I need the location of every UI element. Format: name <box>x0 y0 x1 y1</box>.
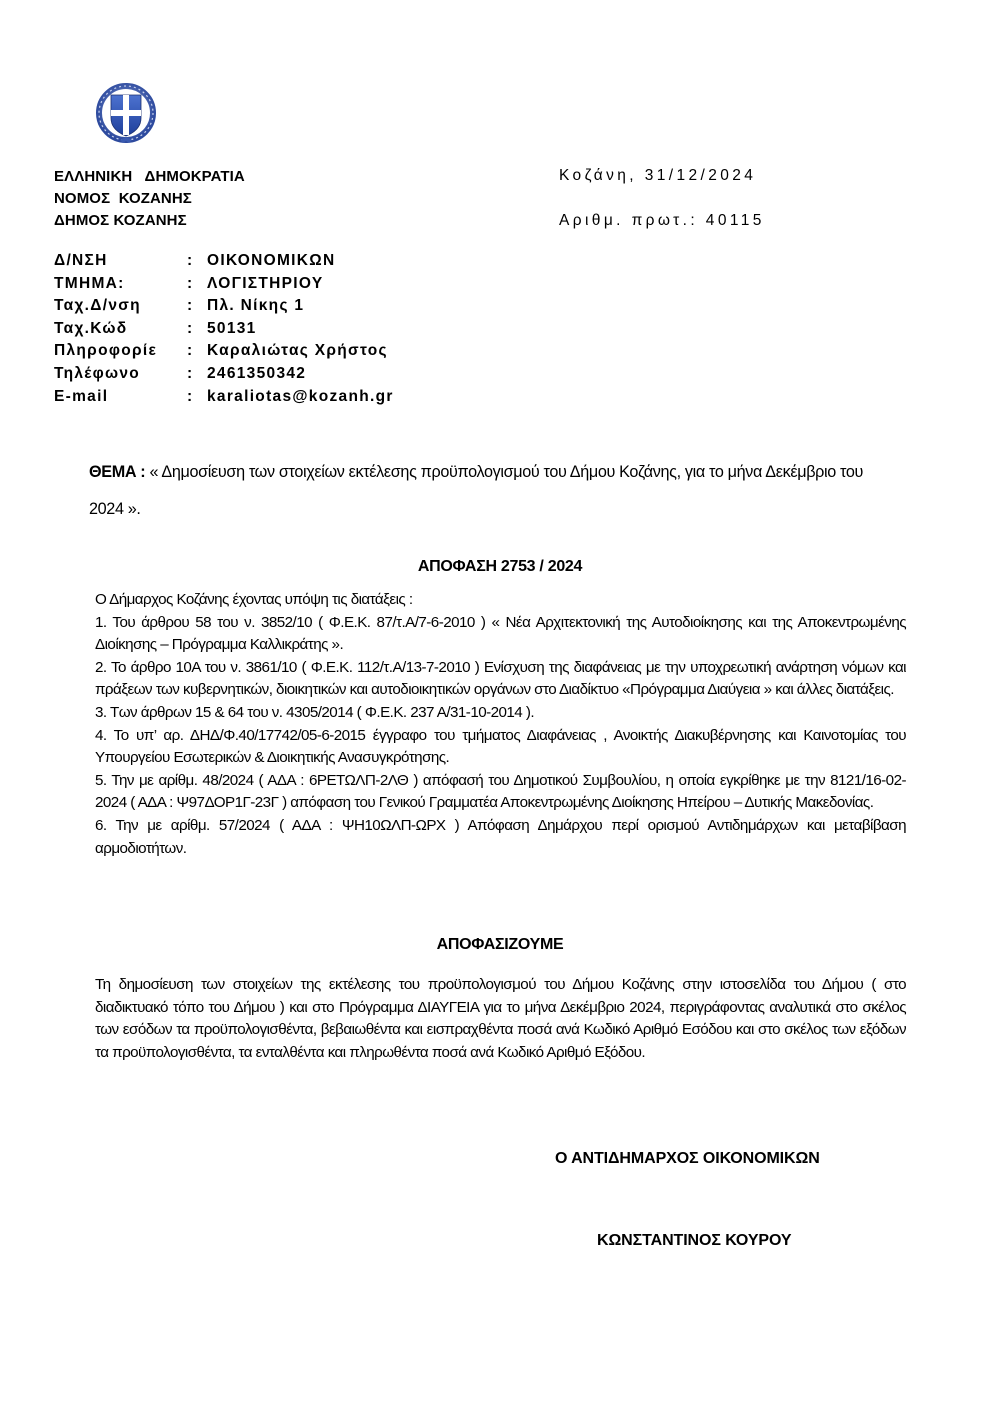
contact-info: Δ/ΝΣΗ : ΟΙΚΟΝΟΜΙΚΩΝ ΤΜΗΜΑ: : ΛΟΓΙΣΤΗΡΙΟΥ… <box>54 250 394 408</box>
contact-value: ΟΙΚΟΝΟΜΙΚΩΝ <box>207 250 335 273</box>
contact-row-directorate: Δ/ΝΣΗ : ΟΙΚΟΝΟΜΙΚΩΝ <box>54 250 394 273</box>
resolution: Τη δημοσίευση των στοιχείων της εκτέλεση… <box>95 974 906 1064</box>
legal-basis-item: 4. Το υπ’ αρ. ΔΗΔ/Φ.40/17742/05-6-2015 έ… <box>95 725 906 770</box>
contact-separator: : <box>187 273 207 296</box>
legal-basis-item: 5. Την με αρίθμ. 48/2024 ( ΑΔΑ : 6ΡΕΤΩΛΠ… <box>95 770 906 815</box>
country-line: ΕΛΛΗΝΙΚΗ ΔΗΜΟΚΡΑΤΙΑ <box>54 166 245 188</box>
contact-separator: : <box>187 295 207 318</box>
contact-value: ΛΟΓΙΣΤΗΡΙΟΥ <box>207 273 323 296</box>
contact-label: Ταχ.Κώδ <box>54 318 187 341</box>
municipality-line: ΔΗΜΟΣ ΚΟΖΑΝΗΣ <box>54 210 245 232</box>
resolution-text: Τη δημοσίευση των στοιχείων της εκτέλεση… <box>95 974 906 1064</box>
preamble-intro: Ο Δήμαρχος Κοζάνης έχοντας υπόψη τις δια… <box>95 589 906 612</box>
contact-value: 2461350342 <box>207 363 306 386</box>
contact-separator: : <box>187 250 207 273</box>
contact-row-phone: Τηλέφωνο : 2461350342 <box>54 363 394 386</box>
contact-separator: : <box>187 340 207 363</box>
contact-email[interactable]: karaliotas@kozanh.gr <box>207 386 394 409</box>
decision-title: ΑΠΟΦΑΣΗ 2753 / 2024 <box>0 558 1000 576</box>
contact-value: 50131 <box>207 318 257 341</box>
contact-separator: : <box>187 386 207 409</box>
contact-label: E-mail <box>54 386 187 409</box>
contact-label: Πληροφορίε <box>54 340 187 363</box>
contact-row-information: Πληροφορίε : Καραλιώτας Χρήστος <box>54 340 394 363</box>
legal-basis-item: 6. Την με αρίθμ. 57/2024 ( ΑΔΑ : ΨΗ10ΩΛΠ… <box>95 815 906 860</box>
contact-separator: : <box>187 318 207 341</box>
contact-row-address: Ταχ.Δ/νση : Πλ. Νίκης 1 <box>54 295 394 318</box>
contact-row-department: ΤΜΗΜΑ: : ΛΟΓΙΣΤΗΡΙΟΥ <box>54 273 394 296</box>
contact-label: Ταχ.Δ/νση <box>54 295 187 318</box>
legal-basis-item: 2. Το άρθρο 10Α του ν. 3861/10 ( Φ.Ε.Κ. … <box>95 657 906 702</box>
resolution-title: ΑΠΟΦΑΣΙΖΟΥΜΕ <box>0 936 1000 954</box>
signatory-title: Ο ΑΝΤΙΔΗΜΑΡΧΟΣ ΟΙΚΟΝΟΜΙΚΩΝ <box>555 1150 820 1168</box>
document-page: ΕΛΛΗΝΙΚΗ ΔΗΜΟΚΡΑΤΙΑ ΝΟΜΟΣ ΚΟΖΑΝΗΣ ΔΗΜΟΣ … <box>0 0 1000 1413</box>
contact-label: Δ/ΝΣΗ <box>54 250 187 273</box>
contact-row-email: E-mail : karaliotas@kozanh.gr <box>54 386 394 409</box>
contact-value: Πλ. Νίκης 1 <box>207 295 304 318</box>
issuing-authority: ΕΛΛΗΝΙΚΗ ΔΗΜΟΚΡΑΤΙΑ ΝΟΜΟΣ ΚΟΖΑΝΗΣ ΔΗΜΟΣ … <box>54 166 245 232</box>
subject: ΘΕΜΑ : « Δημοσίευση των στοιχείων εκτέλε… <box>89 454 879 528</box>
contact-value: Καραλιώτας Χρήστος <box>207 340 388 363</box>
legal-basis-item: 3. Των άρθρων 15 & 64 του ν. 4305/2014 (… <box>95 702 906 725</box>
document-date: Κοζάνη, 31/12/2024 <box>559 167 756 185</box>
coat-of-arms-icon <box>96 80 156 158</box>
contact-row-postal-code: Ταχ.Κώδ : 50131 <box>54 318 394 341</box>
contact-label: Τηλέφωνο <box>54 363 187 386</box>
protocol-number: Αριθμ. πρωτ.: 40115 <box>559 212 765 230</box>
prefecture-line: ΝΟΜΟΣ ΚΟΖΑΝΗΣ <box>54 188 245 210</box>
legal-basis: Ο Δήμαρχος Κοζάνης έχοντας υπόψη τις δια… <box>95 589 906 860</box>
subject-label: ΘΕΜΑ : <box>89 463 145 481</box>
legal-basis-item: 1. Του άρθρου 58 του ν. 3852/10 ( Φ.Ε.Κ.… <box>95 612 906 657</box>
contact-separator: : <box>187 363 207 386</box>
subject-text: « Δημοσίευση των στοιχείων εκτέλεσης προ… <box>89 463 863 518</box>
contact-label: ΤΜΗΜΑ: <box>54 273 187 296</box>
signatory-name: ΚΩΝΣΤΑΝΤΙΝΟΣ ΚΟΥΡΟΥ <box>597 1232 791 1250</box>
